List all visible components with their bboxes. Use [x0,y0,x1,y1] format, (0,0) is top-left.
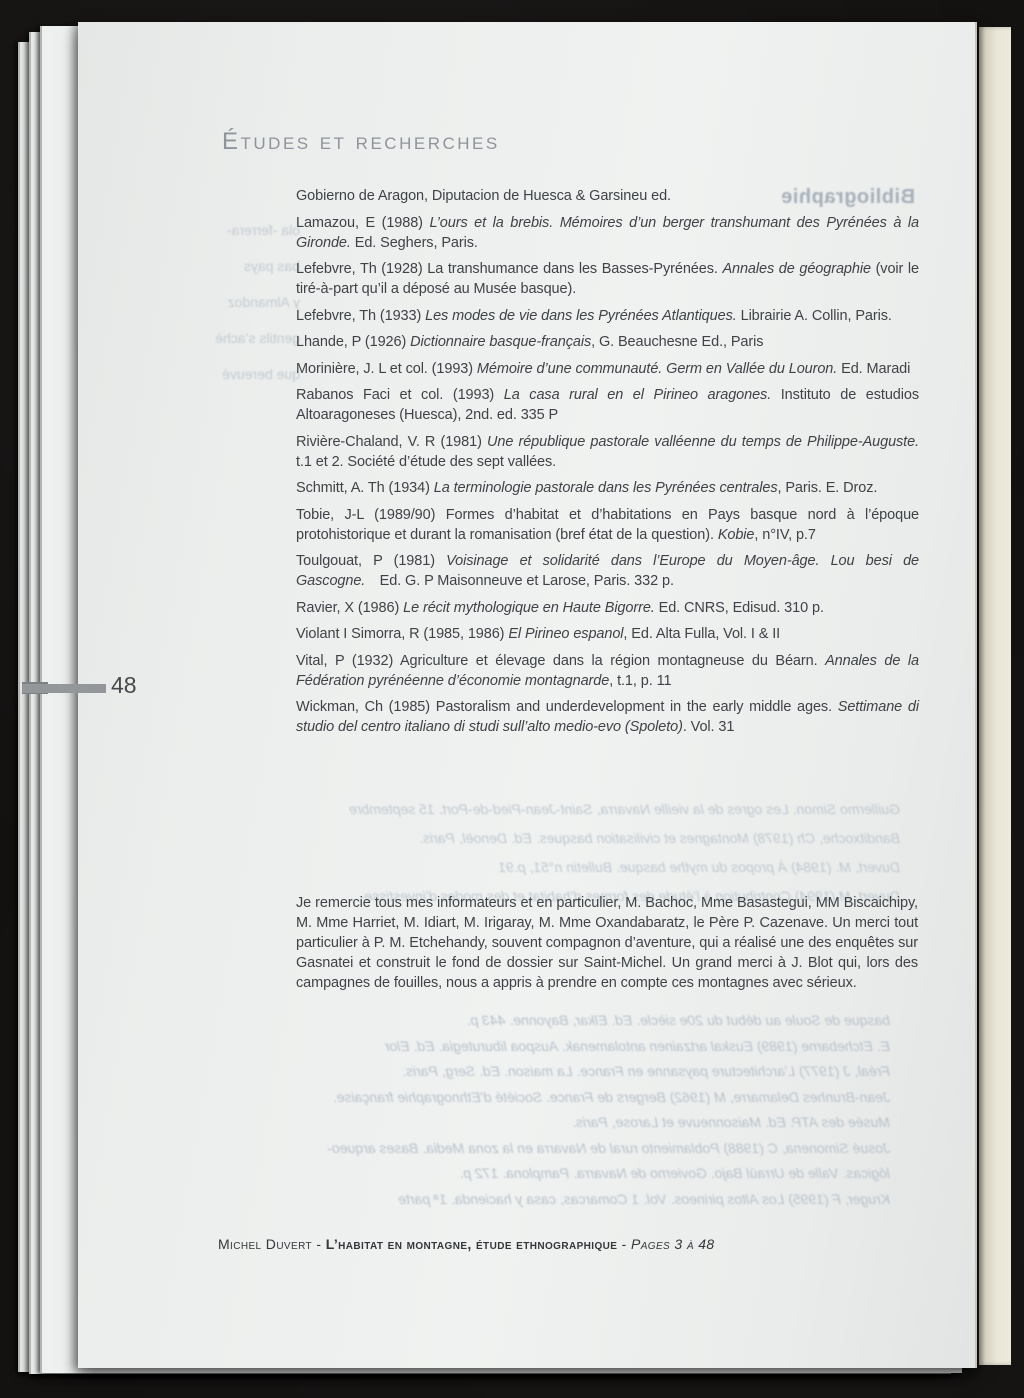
bibliography-entry: Tobie, J-L (1989/90) Formes d’habitat et… [296,505,919,545]
bibliography-entry: Schmitt, A. Th (1934) La terminologie pa… [296,478,919,498]
bib-title-italic: Kobie [718,527,755,543]
bib-text: Rivière-Chaland, V. R (1981) [296,434,487,450]
section-header: Études et recherches [222,128,500,156]
page-number: 48 [111,672,137,699]
bib-text: Ed. G. P Maisonneuve et Larose, Paris. 3… [365,573,674,589]
bib-text: Morinière, J. L et col. (1993) [296,361,477,377]
bibliography-entry: Wickman, Ch (1985) Pastoralism and under… [296,697,919,737]
footer-line: Michel Duvert - L’habitat en montagne, é… [218,1236,715,1252]
bibliography-entry: Lefebvre, Th (1933) Les modes de vie dan… [296,306,919,326]
bib-text: Ed. CNRS, Edisud. 310 p. [655,600,824,616]
bib-title-italic: Mémoire d’une communauté. Germ en Vallée… [477,361,837,377]
footer-separator: - [312,1236,326,1252]
footer-author: Michel Duvert [218,1236,312,1252]
bibliography-entry: Rivière-Chaland, V. R (1981) Une républi… [296,432,919,472]
bib-title-italic: Le récit mythologique en Haute Bigorre. [403,600,655,616]
bib-text: Ravier, X (1986) [296,600,403,616]
bib-text: , n°IV, p.7 [754,527,815,543]
bib-text: Lhande, P (1926) [296,334,410,350]
scanned-book-photo: { "colors":{ "background":"#131110", "pa… [0,0,1024,1398]
acknowledgments-block: Je remercie tous mes informateurs et en … [296,893,918,993]
bib-text: Ed. Seghers, Paris. [351,235,478,251]
bib-text: Lamazou, E (1988) [296,215,430,231]
bib-text: Gobierno de Aragon, Diputacion de Huesca… [296,188,671,204]
bibliography-entry: Lamazou, E (1988) L’ours et la brebis. M… [296,213,919,253]
bibliography-entry: Vital, P (1932) Agriculture et élevage d… [296,651,919,691]
bib-text: . Vol. 31 [683,719,735,735]
bib-text: Violant I Simorra, R (1985, 1986) [296,626,508,642]
bib-text: Librairie A. Collin, Paris. [737,308,892,324]
bib-text: , t.1, p. 11 [609,673,671,689]
bibliography-entry: Lefebvre, Th (1928) La transhumance dans… [296,259,919,299]
bib-text: Tobie, J-L (1989/90) Formes d’habitat et… [296,507,919,543]
bibliography-entry: Toulgouat, P (1981) Voisinage et solidar… [296,551,919,591]
footer-work-title: L’habitat en montagne, étude ethnographi… [326,1236,618,1252]
bib-text: , G. Beauchesne Ed., Paris [591,334,763,350]
bib-text: Rabanos Faci et col. (1993) [296,387,504,403]
bib-text: , Ed. Alta Fulla, Vol. I & II [623,626,780,642]
facing-page-edge [979,27,1011,1365]
bibliography-entry: Rabanos Faci et col. (1993) La casa rura… [296,385,919,425]
bib-text: Lefebvre, Th (1928) La transhumance dans… [296,261,722,277]
footer-page-range: Pages 3 à 48 [631,1236,715,1252]
bib-text: Toulgouat, P (1981) [296,553,446,569]
acknowledgments-paragraph: Je remercie tous mes informateurs et en … [296,893,918,993]
bib-text: Wickman, Ch (1985) Pastoralism and under… [296,699,838,715]
bib-text: Vital, P (1932) Agriculture et élevage d… [296,653,825,669]
bib-title-italic: Une république pastorale valléenne du te… [487,434,919,450]
bibliography-entry: Violant I Simorra, R (1985, 1986) El Pir… [296,624,919,644]
bib-text: Lefebvre, Th (1933) [296,308,425,324]
footer-separator: - [617,1236,631,1252]
bib-title-italic: Annales de géographie [722,261,870,277]
bibliography-entry: Morinière, J. L et col. (1993) Mémoire d… [296,359,919,379]
bibliography-entry: Gobierno de Aragon, Diputacion de Huesca… [296,186,919,206]
margin-tab-bar [22,684,106,693]
bib-text: Schmitt, A. Th (1934) [296,480,434,496]
bib-title-italic: Les modes de vie dans les Pyrénées Atlan… [425,308,737,324]
bibliography-entry: Lhande, P (1926) Dictionnaire basque-fra… [296,332,919,352]
bib-text: t.1 et 2. Société d’étude des sept vallé… [296,454,556,470]
bibliography-entry: Ravier, X (1986) Le récit mythologique e… [296,598,919,618]
bib-text: Ed. Maradi [837,361,910,377]
bibliography-list: Gobierno de Aragon, Diputacion de Huesca… [296,186,919,744]
bib-title-italic: El Pirineo espanol [508,626,623,642]
bib-title-italic: La terminologie pastorale dans les Pyrén… [434,480,778,496]
bib-title-italic: Dictionnaire basque-français [410,334,591,350]
bib-title-italic: La casa rural en el Pirineo aragones. [504,387,771,403]
bib-text: , Paris. E. Droz. [777,480,877,496]
